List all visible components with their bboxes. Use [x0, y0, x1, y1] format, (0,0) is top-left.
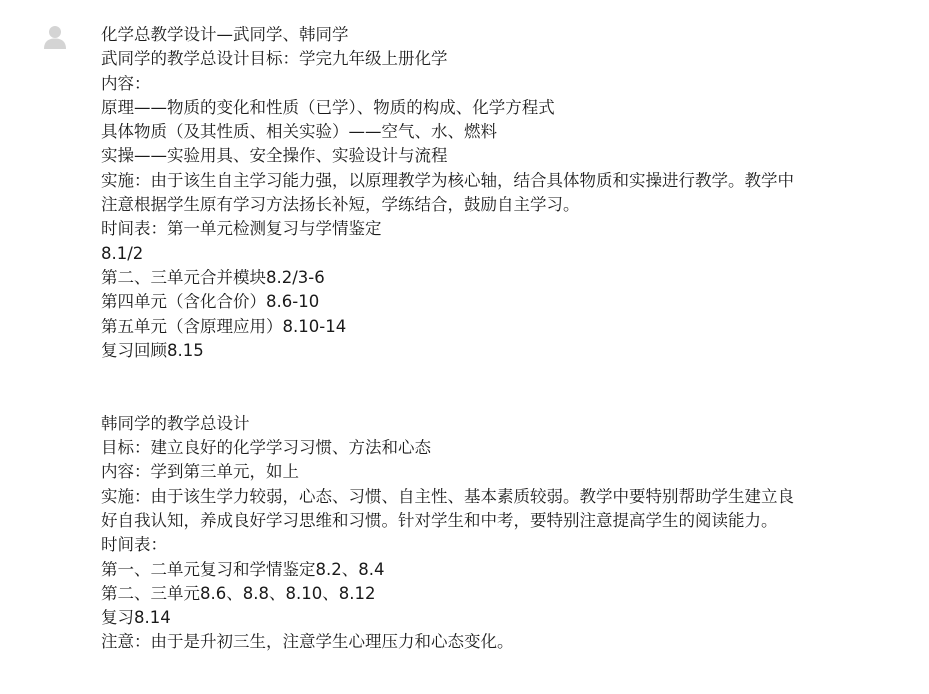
section-gap	[101, 363, 881, 412]
section1-schedule-item: 第二、三单元合并模块8.2/3-6	[101, 266, 881, 290]
post-content: 化学总教学设计—武同学、韩同学 武同学的教学总设计目标：学完九年级上册化学 内容…	[101, 23, 881, 655]
section2-schedule-item: 第二、三单元8.6、8.8、8.10、8.12	[101, 582, 881, 606]
section1-title: 化学总教学设计—武同学、韩同学	[101, 23, 881, 47]
section1-schedule-item: 第四单元（含化合价）8.6-10	[101, 290, 881, 314]
section2-goal: 目标：建立良好的化学学习习惯、方法和心态	[101, 436, 881, 460]
section2-schedule-item: 第一、二单元复习和学情鉴定8.2、8.4	[101, 558, 881, 582]
section1-schedule-label: 时间表：第一单元检测复习与学情鉴定	[101, 217, 881, 241]
user-silhouette-icon	[40, 22, 70, 52]
post: 化学总教学设计—武同学、韩同学 武同学的教学总设计目标：学完九年级上册化学 内容…	[0, 0, 929, 694]
section2-title: 韩同学的教学总设计	[101, 412, 881, 436]
section2-note: 注意：由于是升初三生，注意学生心理压力和心态变化。	[101, 630, 881, 654]
section2-schedule-label: 时间表：	[101, 533, 881, 557]
section1-content-item: 原理——物质的变化和性质（已学）、物质的构成、化学方程式	[101, 96, 881, 120]
section1-schedule-item: 复习回顾8.15	[101, 339, 881, 363]
section1-schedule-item: 8.1/2	[101, 242, 881, 266]
section1-content-label: 内容：	[101, 72, 881, 96]
section1-content-item: 具体物质（及其性质、相关实验）——空气、水、燃料	[101, 120, 881, 144]
section2-implementation-cont: 好自我认知，养成良好学习思维和习惯。针对学生和中考，要特别注意提高学生的阅读能力…	[101, 509, 881, 533]
section2-implementation: 实施：由于该生学力较弱，心态、习惯、自主性、基本素质较弱。教学中要特别帮助学生建…	[101, 485, 881, 509]
section2-content: 内容：学到第三单元，如上	[101, 460, 881, 484]
section1-goal: 武同学的教学总设计目标：学完九年级上册化学	[101, 47, 881, 71]
section1-content-item: 实操——实验用具、安全操作、实验设计与流程	[101, 144, 881, 168]
section1-schedule-item: 第五单元（含原理应用）8.10-14	[101, 315, 881, 339]
avatar[interactable]	[40, 22, 70, 52]
section2-schedule-item: 复习8.14	[101, 606, 881, 630]
section1-implementation: 实施：由于该生自主学习能力强，以原理教学为核心轴，结合具体物质和实操进行教学。教…	[101, 169, 881, 193]
section1-implementation-cont: 注意根据学生原有学习方法扬长补短，学练结合，鼓励自主学习。	[101, 193, 881, 217]
